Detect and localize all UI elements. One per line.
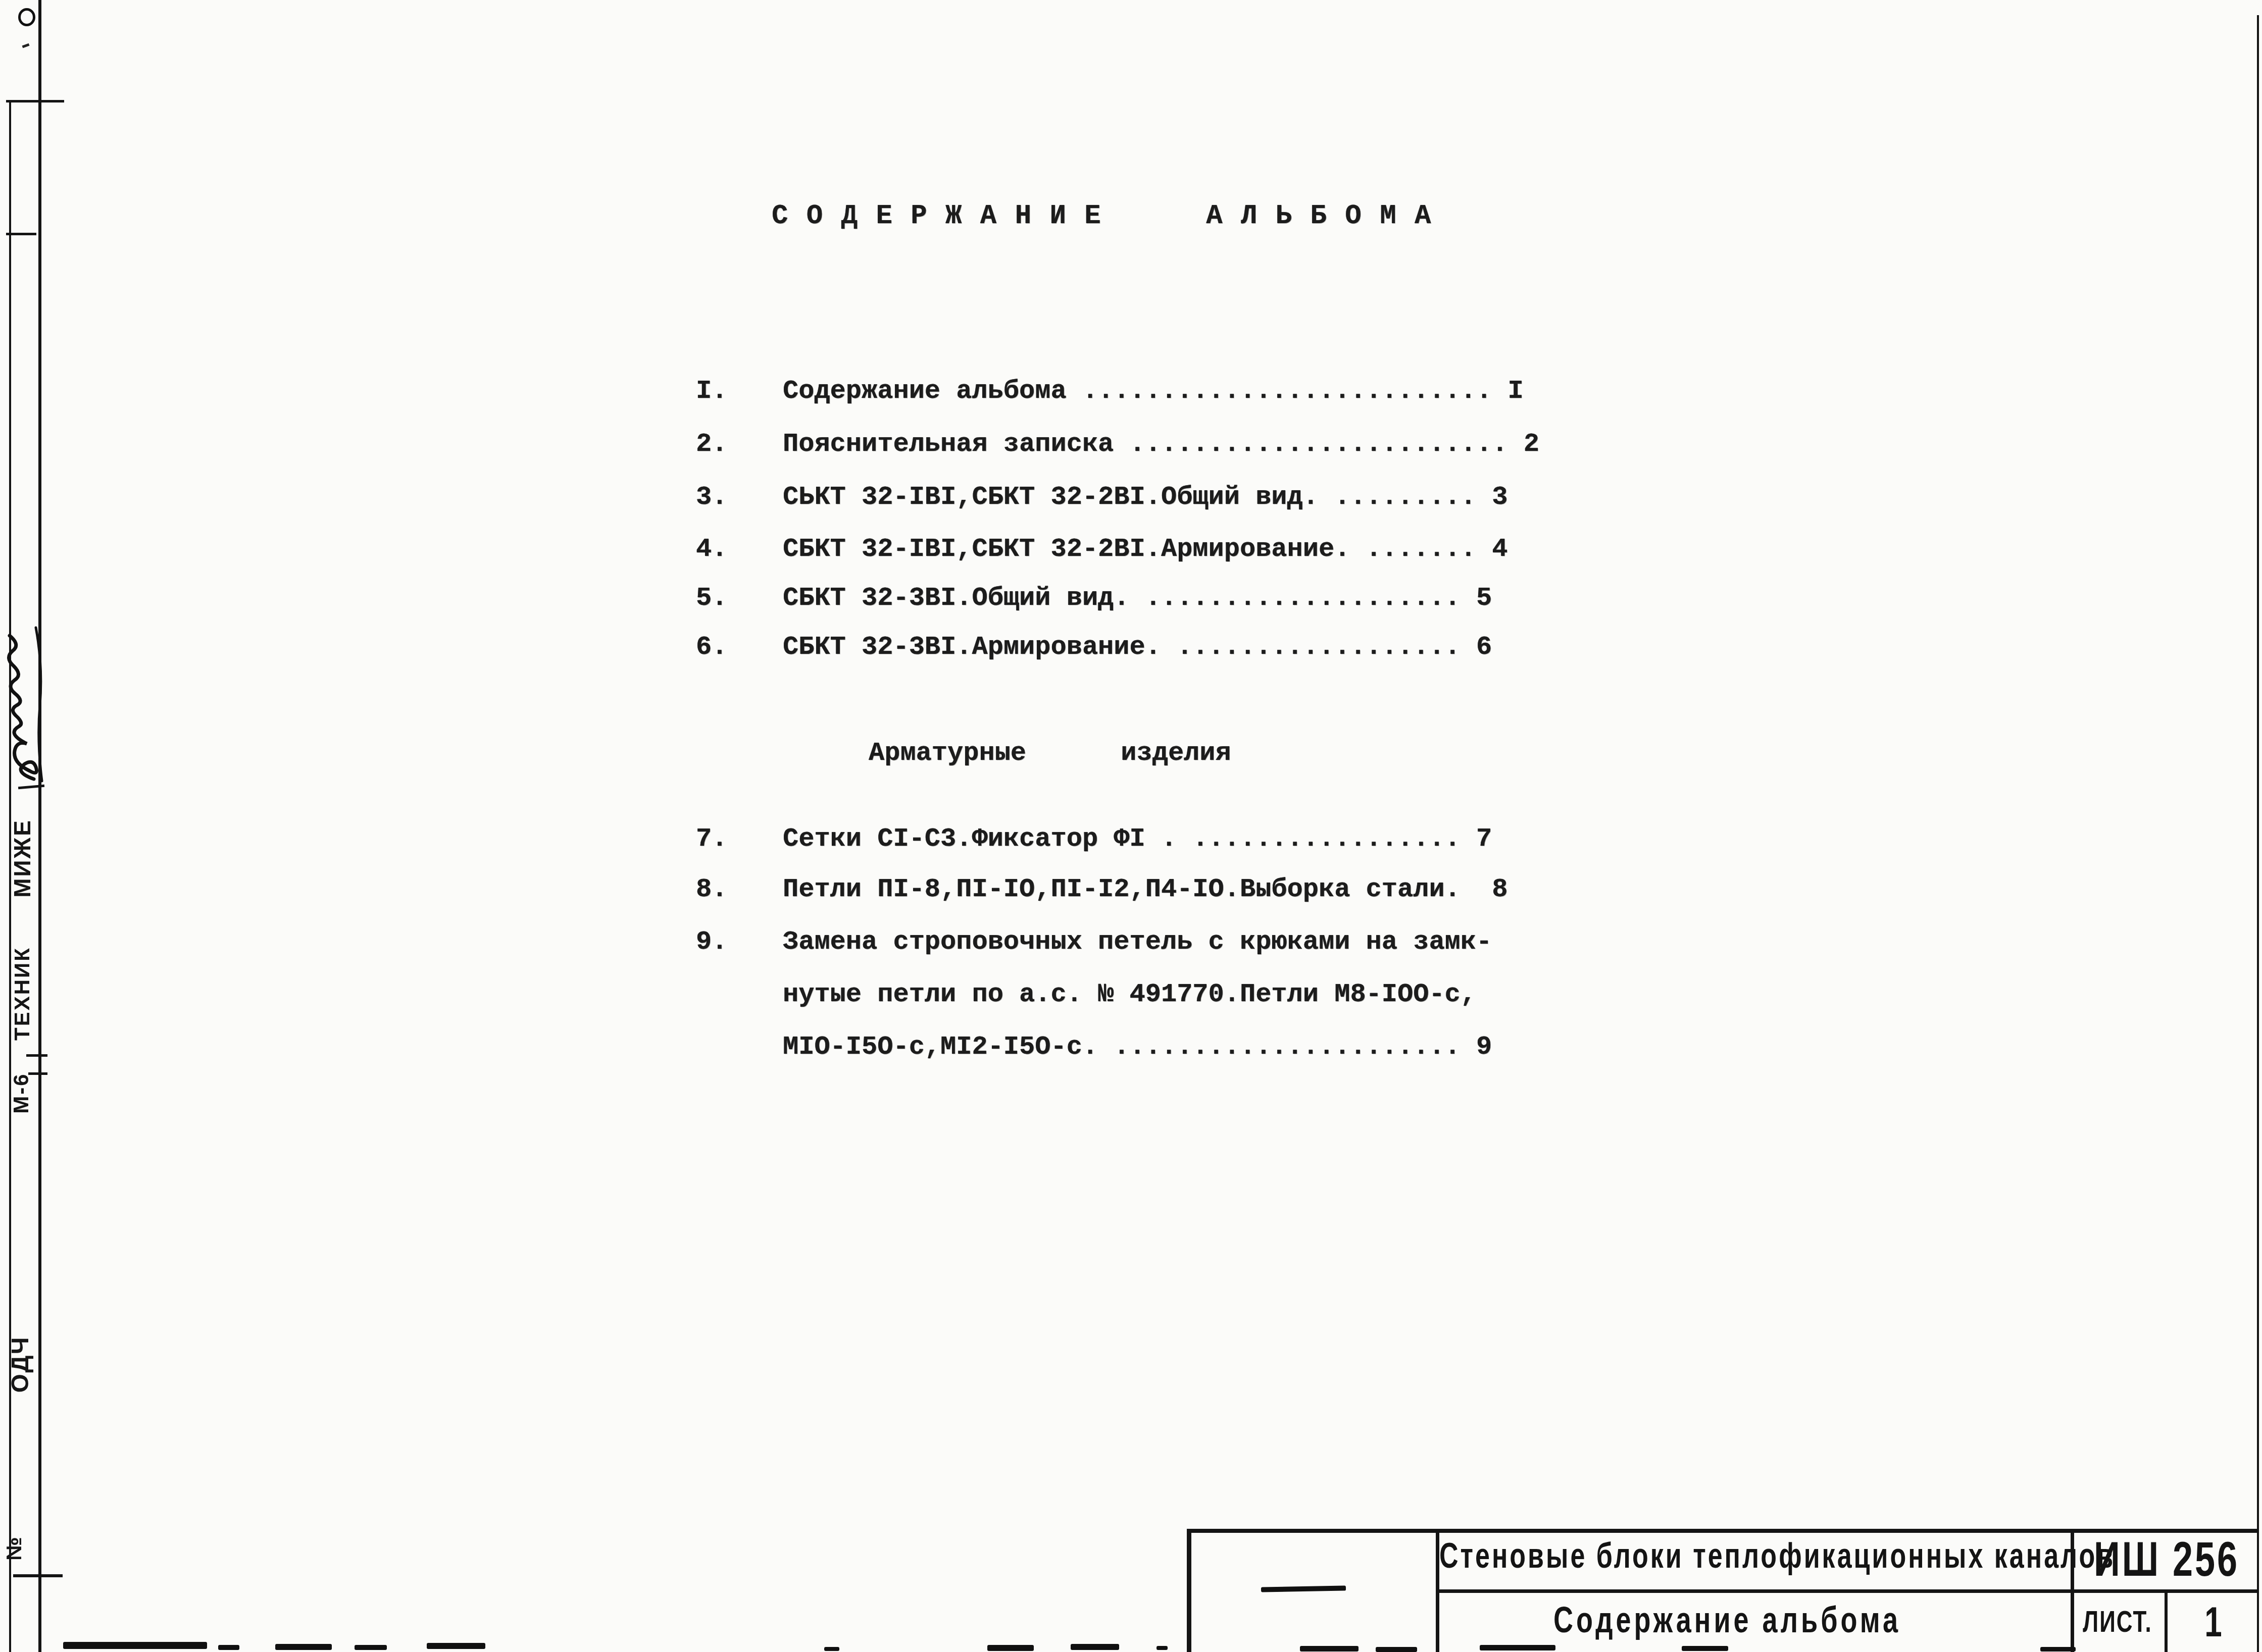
title-block-sheet-title: Содержание альбома bbox=[1439, 1605, 2015, 1636]
stamp-number-sign: № bbox=[2, 1535, 26, 1561]
toc-item-number: 7. bbox=[696, 824, 727, 854]
toc-row: 7. Сетки СI-С3.Фиксатор ФI . ...........… bbox=[0, 824, 2262, 859]
toc-item-number: 4. bbox=[696, 534, 727, 564]
toc-item-text: Замена строповочных петель с крюками на … bbox=[783, 927, 1492, 957]
scan-smudge bbox=[218, 1645, 239, 1650]
toc-item-text: СБКТ 32-3ВI.Общий вид. .................… bbox=[783, 583, 1492, 613]
title-block-album-code: ИШ 256 bbox=[2074, 1539, 2259, 1580]
toc-item-text: Содержание альбома .....................… bbox=[783, 376, 1524, 406]
scan-smudge bbox=[427, 1643, 485, 1649]
toc-item-text: Пояснительная записка ..................… bbox=[783, 429, 1539, 459]
toc-item-number: 3. bbox=[696, 482, 727, 512]
scan-smudge bbox=[63, 1642, 207, 1649]
stamp-field-group: М-6 bbox=[9, 1072, 33, 1113]
toc-item-text: нутые петли по а.с. № 491770.Петли М8-IО… bbox=[783, 979, 1476, 1009]
scan-smudge bbox=[824, 1647, 839, 1651]
toc-section-header: Арматурные изделия bbox=[869, 738, 1231, 768]
toc-row: 6. СБКТ 32-3ВI.Армирование. ............… bbox=[0, 632, 2262, 667]
scan-smudge bbox=[1682, 1646, 1728, 1651]
scan-artifact-tick bbox=[22, 43, 30, 48]
scan-smudge bbox=[355, 1645, 387, 1650]
scan-smudge bbox=[1300, 1646, 1359, 1651]
toc-row-continuation: нутые петли по а.с. № 491770.Петли М8-IО… bbox=[0, 979, 2262, 1015]
toc-row: 9. Замена строповочных петель с крюками … bbox=[0, 927, 2262, 962]
scan-smudge bbox=[1480, 1645, 1555, 1650]
scan-smudge bbox=[1376, 1647, 1417, 1652]
toc-row: 4. СБКТ 32-IВI,СБКТ 32-2ВI.Армирование. … bbox=[0, 534, 2262, 570]
page-title: С О Д Е Р Ж А Н И Е А Л Ь Б О М А bbox=[772, 201, 1432, 232]
toc-row: 3. СЬКТ 32-IВI,СБКТ 32-2ВI.Общий вид. ..… bbox=[0, 482, 2262, 518]
title-block-row-divider bbox=[1436, 1589, 2259, 1593]
toc-row: 8. Петли ПI-8,ПI-IО,ПI-I2,П4-IО.Выборка … bbox=[0, 874, 2262, 910]
title-block-sheet-label: ЛИСТ. bbox=[2071, 1610, 2165, 1635]
toc-item-number: 5. bbox=[696, 583, 727, 613]
margin-tick bbox=[6, 100, 64, 102]
toc-item-number: 6. bbox=[696, 632, 727, 662]
toc-row-continuation: МIО-I5О-с,МI2-I5О-с. ...................… bbox=[0, 1032, 2262, 1067]
scan-smudge bbox=[2040, 1647, 2076, 1651]
toc-row: 5. СБКТ 32-3ВI.Общий вид. ..............… bbox=[0, 583, 2262, 618]
toc-row: 2. Пояснительная записка ...............… bbox=[0, 429, 2262, 464]
scan-smudge bbox=[275, 1644, 332, 1650]
toc-item-number: 8. bbox=[696, 874, 727, 904]
scan-artifact-ring bbox=[18, 8, 35, 26]
toc-row: I. Содержание альбома ..................… bbox=[0, 376, 2262, 411]
toc-item-text: Сетки СI-С3.Фиксатор ФI . ..............… bbox=[783, 824, 1492, 854]
title-block-project-title: Стеновые блоки теплофикационных каналов bbox=[1439, 1541, 2071, 1571]
toc-item-text: СБКТ 32-3ВI.Армирование. ...............… bbox=[783, 632, 1492, 662]
scan-smudge bbox=[1157, 1646, 1168, 1650]
toc-item-text: СБКТ 32-IВI,СБКТ 32-2ВI.Армирование. ...… bbox=[783, 534, 1507, 564]
scan-smudge bbox=[987, 1645, 1034, 1651]
title-block-left-border bbox=[1187, 1529, 1191, 1652]
toc-item-number: 9. bbox=[696, 927, 727, 957]
margin-tick bbox=[13, 1574, 63, 1577]
toc-item-text: Петли ПI-8,ПI-IО,ПI-I2,П4-IО.Выборка ста… bbox=[783, 874, 1507, 904]
handwritten-dash bbox=[1261, 1586, 1346, 1592]
toc-item-text: МIО-I5О-с,МI2-I5О-с. ...................… bbox=[783, 1032, 1492, 1062]
margin-tick bbox=[6, 233, 36, 235]
toc-item-number: 2. bbox=[696, 429, 727, 459]
scan-smudge bbox=[1071, 1644, 1119, 1650]
toc-item-number: I. bbox=[696, 376, 727, 406]
scanned-drawing-sheet: МИЖЕ ТЕХНИК М-6 ОДЧ № С О Д Е Р Ж А Н И … bbox=[0, 0, 2262, 1652]
title-block-sheet-number: 1 bbox=[2168, 1605, 2259, 1640]
toc-item-text: СЬКТ 32-IВI,СБКТ 32-2ВI.Общий вид. .....… bbox=[783, 482, 1507, 512]
stamp-field-dept: ОДЧ bbox=[7, 1336, 34, 1393]
